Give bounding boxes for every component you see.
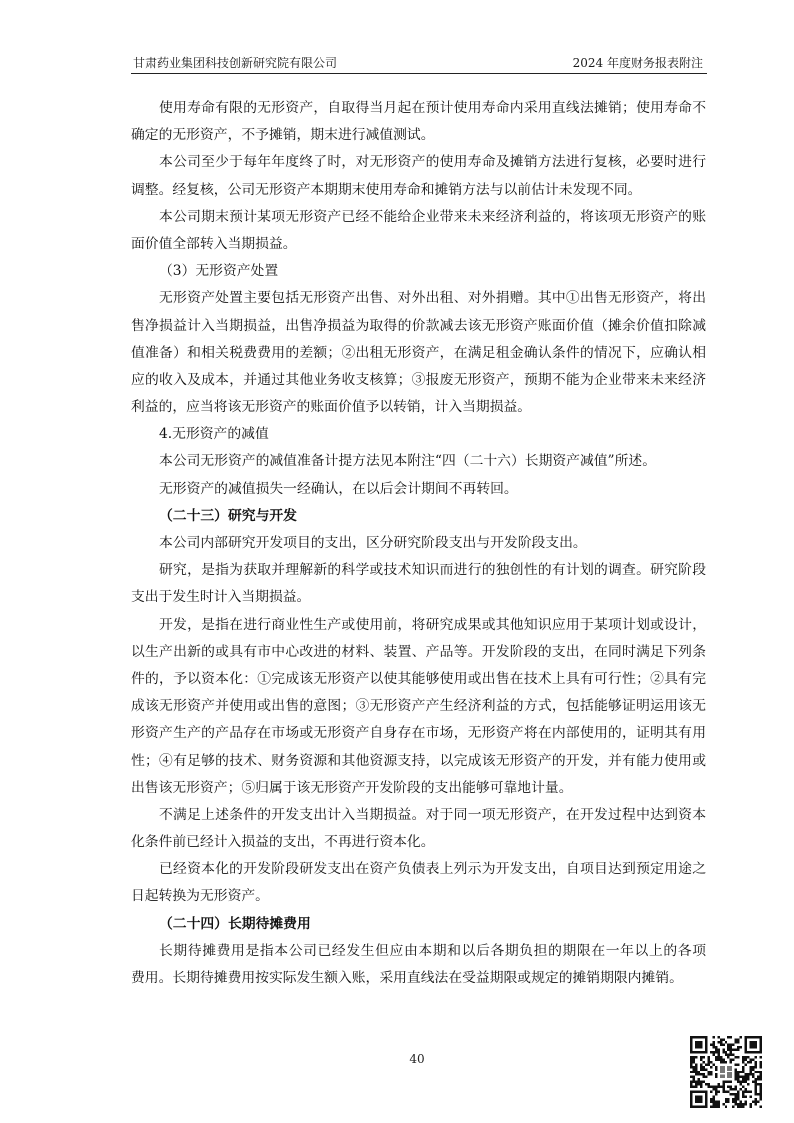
- paragraph-impairment-irreversible: 无形资产的减值损失一经确认，在以后会计期间不再转回。: [131, 476, 706, 503]
- text-line: 支出于发生时计入当期损益。: [131, 584, 706, 611]
- text-line: 面价值全部转入当期损益。: [131, 231, 706, 258]
- text-line: 无形资产的减值损失一经确认，在以后会计期间不再转回。: [131, 476, 706, 503]
- text-line: 确定的无形资产，不予摊销，期末进行减值测试。: [131, 122, 706, 149]
- text-line: 调整。经复核，公司无形资产本期期末使用寿命和摊销方法与以前估计未发现不同。: [131, 177, 706, 204]
- subheading-disposal: （3）无形资产处置: [131, 258, 706, 285]
- report-title: 2024 年度财务报表附注: [573, 54, 703, 72]
- text-line: 使用寿命有限的无形资产，自取得当月起在预计使用寿命内采用直线法摊销；使用寿命不: [131, 95, 706, 122]
- paragraph-development-expensed: 不满足上述条件的开发支出计入当期损益。对于同一项无形资产，在开发过程中达到资本 …: [131, 802, 706, 856]
- text-line: 本公司期末预计某项无形资产已经不能给企业带来未来经济利益的，将该项无形资产的账: [131, 204, 706, 231]
- subheading-impairment: 4.无形资产的减值: [131, 421, 706, 448]
- text-line: 长期待摊费用是指本公司已经发生但应由本期和以后各期负担的期限在一年以上的各项: [131, 938, 706, 965]
- qr-code-icon: [690, 1036, 762, 1108]
- text-line: 本公司内部研究开发项目的支出，区分研究阶段支出与开发阶段支出。: [131, 530, 706, 557]
- text-line: 无形资产处置主要包括无形资产出售、对外出租、对外捐赠。其中①出售无形资产，将出: [131, 285, 706, 312]
- paragraph-rnd-intro: 本公司内部研究开发项目的支出，区分研究阶段支出与开发阶段支出。: [131, 530, 706, 557]
- text-line: 性；④有足够的技术、财务资源和其他资源支持，以完成该无形资产的开发，并有能力使用…: [131, 748, 706, 775]
- text-line: 已经资本化的开发阶段研发支出在资产负债表上列示为开发支出，自项目达到预定用途之: [131, 856, 706, 883]
- text-line: 本公司无形资产的减值准备计提方法见本附注“四（二十六）长期资产减值”所述。: [131, 448, 706, 475]
- text-line: 成该无形资产并使用或出售的意图；③无形资产产生经济利益的方式，包括能够证明运用该…: [131, 693, 706, 720]
- section-heading-rnd: （二十三）研究与开发: [131, 503, 706, 530]
- section-heading-deferred-expenses: （二十四）长期待摊费用: [131, 911, 706, 938]
- page-header: 甘肃药业集团科技创新研究院有限公司 2024 年度财务报表附注: [131, 54, 707, 74]
- header-divider: [131, 73, 707, 74]
- paragraph-development-capitalized: 已经资本化的开发阶段研发支出在资产负债表上列示为开发支出，自项目达到预定用途之 …: [131, 856, 706, 910]
- text-line: 化条件前已经计入损益的支出，不再进行资本化。: [131, 829, 706, 856]
- page-number: 40: [397, 1050, 437, 1068]
- text-line: 件的，予以资本化：①完成该无形资产以使其能够使用或出售在技术上具有可行性；②具有…: [131, 666, 706, 693]
- paragraph-impairment-method: 本公司无形资产的减值准备计提方法见本附注“四（二十六）长期资产减值”所述。: [131, 448, 706, 475]
- paragraph-deferred-expenses: 长期待摊费用是指本公司已经发生但应由本期和以后各期负担的期限在一年以上的各项 费…: [131, 938, 706, 992]
- text-line: 出售该无形资产；⑤归属于该无形资产开发阶段的支出能够可靠地计量。: [131, 775, 706, 802]
- text-line: 研究，是指为获取并理解新的科学或技术知识而进行的独创性的有计划的调查。研究阶段: [131, 557, 706, 584]
- text-line: 利益的，应当将该无形资产的账面价值予以转销，计入当期损益。: [131, 394, 706, 421]
- document-body: 使用寿命有限的无形资产，自取得当月起在预计使用寿命内采用直线法摊销；使用寿命不 …: [131, 95, 706, 992]
- text-line: 售净损益计入当期损益，出售净损益为取得的价款减去该无形资产账面价值（摊余价值扣除…: [131, 313, 706, 340]
- paragraph-amortization: 使用寿命有限的无形资产，自取得当月起在预计使用寿命内采用直线法摊销；使用寿命不 …: [131, 95, 706, 149]
- paragraph-research: 研究，是指为获取并理解新的科学或技术知识而进行的独创性的有计划的调查。研究阶段 …: [131, 557, 706, 611]
- text-line: 形资产生产的产品存在市场或无形资产自身存在市场，无形资产将在内部使用的，证明其有…: [131, 720, 706, 747]
- text-line: 应的收入及成本，并通过其他业务收支核算；③报废无形资产，预期不能为企业带来未来经…: [131, 367, 706, 394]
- section-heading-text: （二十三）研究与开发: [131, 503, 706, 530]
- text-line: 费用。长期待摊费用按实际发生额入账，采用直线法在受益期限或规定的摊销期限内摊销。: [131, 965, 706, 992]
- paragraph-development: 开发，是指在进行商业性生产或使用前，将研究成果或其他知识应用于某项计划或设计， …: [131, 612, 706, 802]
- paragraph-review: 本公司至少于每年年度终了时，对无形资产的使用寿命及摊销方法进行复核，必要时进行 …: [131, 149, 706, 203]
- paragraph-disposal: 无形资产处置主要包括无形资产出售、对外出租、对外捐赠。其中①出售无形资产，将出 …: [131, 285, 706, 421]
- subheading-text: 4.无形资产的减值: [131, 421, 706, 448]
- text-line: 开发，是指在进行商业性生产或使用前，将研究成果或其他知识应用于某项计划或设计，: [131, 612, 706, 639]
- qr-code-graphic: [690, 1036, 762, 1108]
- text-line: 本公司至少于每年年度终了时，对无形资产的使用寿命及摊销方法进行复核，必要时进行: [131, 149, 706, 176]
- paragraph-write-off: 本公司期末预计某项无形资产已经不能给企业带来未来经济利益的，将该项无形资产的账 …: [131, 204, 706, 258]
- text-line: 值准备）和相关税费费用的差额；②出租无形资产，在满足租金确认条件的情况下，应确认…: [131, 340, 706, 367]
- section-heading-text: （二十四）长期待摊费用: [131, 911, 706, 938]
- text-line: 日起转换为无形资产。: [131, 883, 706, 910]
- text-line: 不满足上述条件的开发支出计入当期损益。对于同一项无形资产，在开发过程中达到资本: [131, 802, 706, 829]
- subheading-text: （3）无形资产处置: [131, 258, 706, 285]
- company-name: 甘肃药业集团科技创新研究院有限公司: [133, 54, 337, 72]
- text-line: 以生产出新的或具有市中心改进的材料、装置、产品等。开发阶段的支出，在同时满足下列…: [131, 639, 706, 666]
